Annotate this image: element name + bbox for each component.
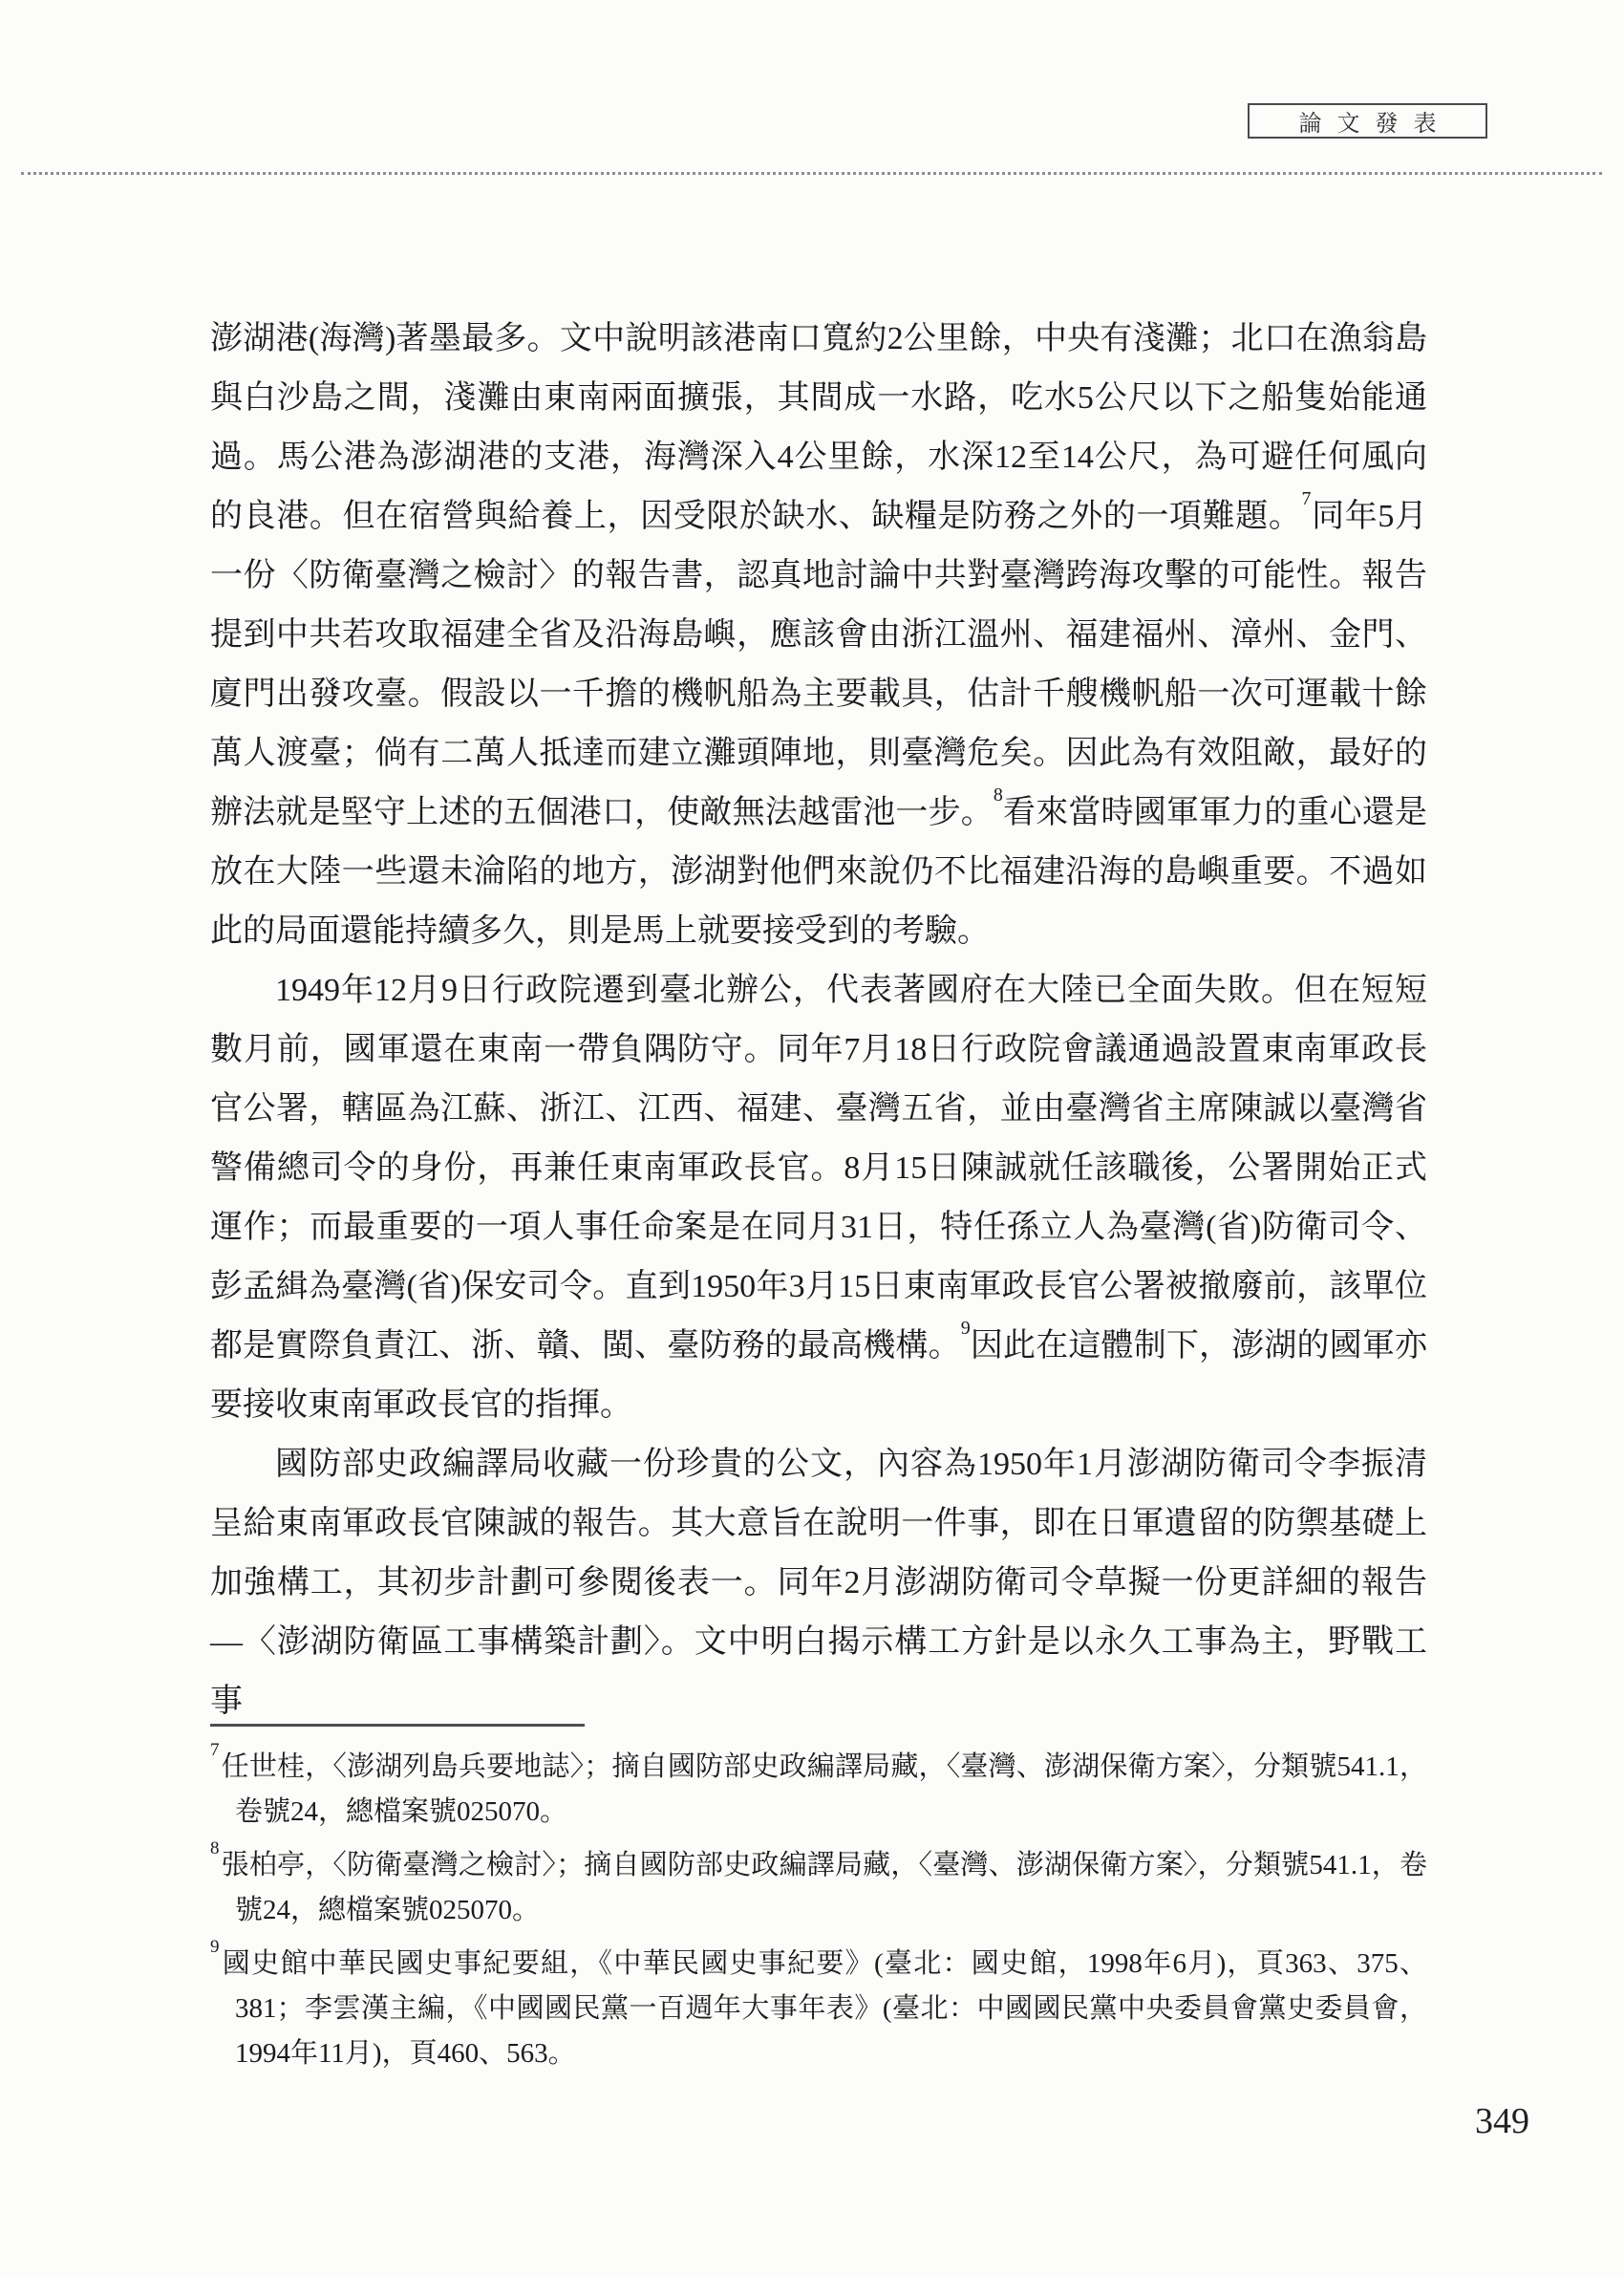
footnote-9: 9國史館中華民國史事紀要組，《中華民國史事紀要》(臺北：國史館，1998年6月)… [210,1942,1427,2076]
footnote-separator [210,1724,585,1727]
dotted-divider [21,172,1602,175]
footnote-7: 7任世桂，〈澎湖列島兵要地誌〉；摘自國防部史政編譯局藏，〈臺灣、澎湖保衛方案〉，… [210,1745,1427,1835]
footnote-9-marker: 9 [210,1937,220,1957]
footnote-ref-8: 8 [994,784,1003,806]
footnote-8-text: 張柏亭，〈防衛臺灣之檢討〉；摘自國防部史政編譯局藏，〈臺灣、澎湖保衛方案〉，分類… [222,1850,1428,1925]
footnote-8-marker: 8 [210,1838,220,1858]
footnote-9-text: 國史館中華民國史事紀要組，《中華民國史事紀要》(臺北：國史館，1998年6月)，… [222,1948,1428,2069]
paragraph-1: 澎湖港(海灣)著墨最多。文中說明該港南口寬約2公里餘，中央有淺灘；北口在漁翁島與… [210,310,1427,961]
footnote-ref-9: 9 [961,1318,971,1339]
header-box: 論文發表 [1248,103,1487,139]
header-label: 論文發表 [1284,104,1452,138]
paragraph-1-text: 澎湖港(海灣)著墨最多。文中說明該港南口寬約2公里餘，中央有淺灘；北口在漁翁島與… [210,321,1427,534]
article-body: 澎湖港(海灣)著墨最多。文中說明該港南口寬約2公里餘，中央有淺灘；北口在漁翁島與… [210,310,1427,1731]
paragraph-3: 國防部史政編譯局收藏一份珍貴的公文，內容為1950年1月澎湖防衛司令李振清呈給東… [210,1435,1427,1731]
paragraph-2-text: 1949年12月9日行政院遷到臺北辦公，代表著國府在大陸已全面失敗。但在短短數月… [210,973,1427,1364]
footnote-7-text: 任世桂，〈澎湖列島兵要地誌〉；摘自國防部史政編譯局藏，〈臺灣、澎湖保衛方案〉，分… [222,1751,1428,1827]
footnote-8: 8張柏亭，〈防衛臺灣之檢討〉；摘自國防部史政編譯局藏，〈臺灣、澎湖保衛方案〉，分… [210,1843,1427,1933]
paragraph-2: 1949年12月9日行政院遷到臺北辦公，代表著國府在大陸已全面失敗。但在短短數月… [210,961,1427,1435]
paragraph-3-text: 國防部史政編譯局收藏一份珍貴的公文，內容為1950年1月澎湖防衛司令李振清呈給東… [210,1447,1427,1719]
page: 論文發表 澎湖港(海灣)著墨最多。文中說明該港南口寬約2公里餘，中央有淺灘；北口… [0,0,1624,2277]
footnote-7-marker: 7 [210,1740,220,1760]
page-number: 349 [1475,2100,1529,2142]
footnote-ref-7: 7 [1302,488,1312,509]
footnotes: 7任世桂，〈澎湖列島兵要地誌〉；摘自國防部史政編譯局藏，〈臺灣、澎湖保衛方案〉，… [210,1745,1427,2085]
paragraph-1-text: 同年5月一份〈防衛臺灣之檢討〉的報告書，認真地討論中共對臺灣跨海攻擊的可能性。報… [210,499,1427,830]
